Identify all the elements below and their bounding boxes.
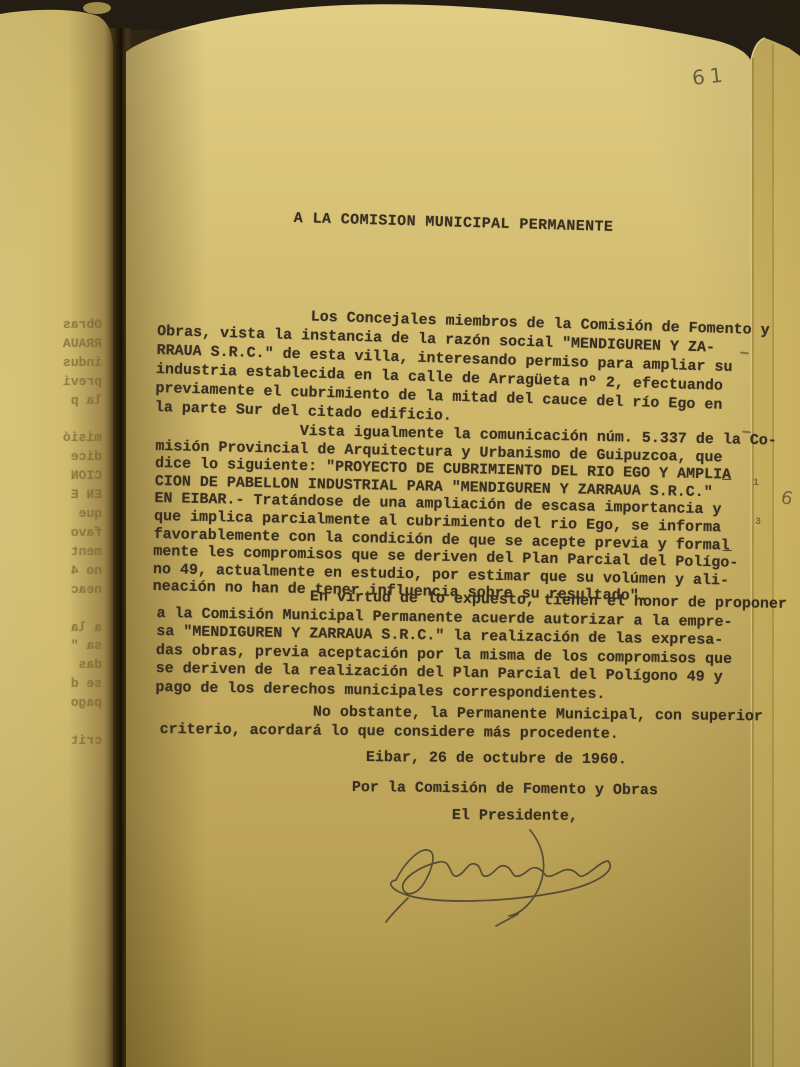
archival-document-photo: Obras RRAUA indus previ la p misió dice … bbox=[0, 0, 800, 1067]
folio-number-handwritten: 61 bbox=[691, 62, 729, 90]
paragraph-3: En virtud de lo expuesto, tienen el hono… bbox=[155, 586, 787, 707]
bleed-through-text: Obras RRAUA indus previ la p misió dice … bbox=[16, 316, 102, 751]
page-corner-fragment bbox=[83, 2, 111, 14]
edge-mark: 1 bbox=[753, 478, 759, 489]
paragraph-4: No obstante, la Permanente Municipal, co… bbox=[160, 701, 763, 745]
edge-mark: 3 bbox=[755, 517, 761, 528]
signature-handwritten bbox=[378, 824, 650, 928]
page-edge-strip-2 bbox=[773, 41, 800, 1067]
closing-signer-line: El Presidente, bbox=[452, 807, 578, 825]
closing-committee-line: Por la Comisión de Fomento y Obras bbox=[352, 779, 658, 799]
date-line: Eibar, 26 de octubre de 1960. bbox=[366, 749, 627, 768]
paragraph-1: Los Concejales miembros de la Comisión d… bbox=[155, 303, 770, 435]
paragraph-2: Vista igualmente la comunicación núm. 5.… bbox=[152, 420, 777, 608]
